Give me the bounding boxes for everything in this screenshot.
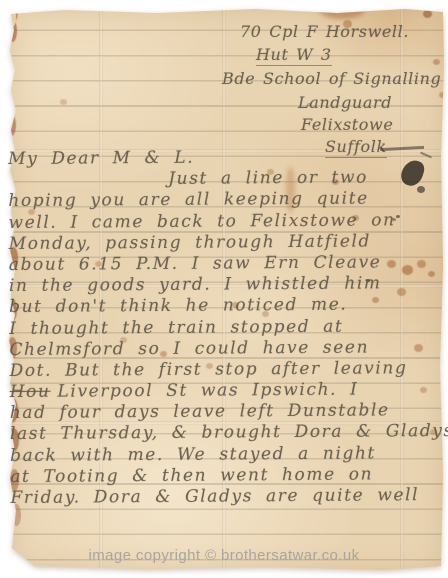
letter-line: Dot. But the first stop after leaving [9, 358, 443, 382]
letter-line: hoping you are all keeping quite [8, 188, 442, 212]
letter-line: I thought the train stopped at [9, 315, 443, 339]
struck-word: Hou [10, 382, 51, 402]
letter-greeting: My Dear M & L. [8, 146, 442, 170]
rust-stain-spots [7, 6, 14, 12]
letter-line: Just a line or two [8, 167, 442, 191]
address-line: Bde School of Signalling [222, 69, 441, 88]
letter-line: well. I came back to Felixstowe on [8, 210, 442, 234]
letter-line: Monday, passing through Hatfield [9, 231, 443, 255]
photo-background: 70 Cpl F Horswell. Hut W 3 Bde School of… [0, 0, 448, 578]
letter-line: but don't think he noticed me. [9, 294, 443, 318]
left-edge-stains [7, 6, 16, 28]
copyright-watermark: image copyright © brothersatwar.co.uk [89, 547, 360, 564]
dark-speck-stains [7, 6, 11, 9]
letter-line: Chelmsford so I could have seen [9, 337, 443, 361]
letter-line: back with me. We stayed a night [10, 443, 444, 467]
address-line: 70 Cpl F Horswell. [240, 22, 409, 41]
address-line: Landguard [298, 93, 392, 112]
letter-line: last Thursday, & brought Dora & Gladys [10, 421, 444, 445]
letter-body: My Dear M & L. Just a line or two hoping… [8, 146, 445, 509]
letter-line: had four days leave left Dunstable [10, 400, 444, 424]
letter-line: Friday. Dora & Gladys are quite well [10, 485, 444, 509]
top-edge-stain [319, 1, 365, 19]
letter-line: HouLiverpool St was Ipswich. I [10, 379, 444, 403]
address-line: Felixstowe [301, 115, 393, 134]
letter-line: in the goods yard. I whistled him [9, 273, 443, 297]
address-line: Hut W 3 [256, 45, 332, 66]
letter-line: about 6.15 P.M. I saw Ern Cleave [9, 252, 443, 276]
letter-line: at Tooting & then went home on [10, 464, 444, 488]
